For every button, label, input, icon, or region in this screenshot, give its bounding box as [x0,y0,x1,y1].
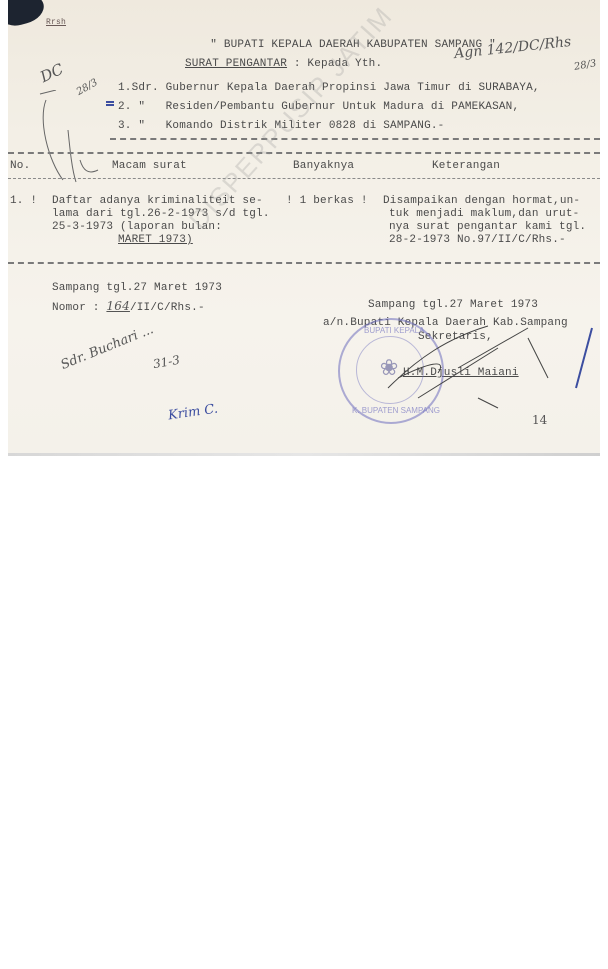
handwritten-note-date: 31-3 [152,353,181,371]
page-bottom-edge [8,453,600,456]
table-top-rule [8,152,600,154]
handwritten-initials: DC [37,60,66,86]
column-header-macam-surat: Macam surat [112,160,187,172]
left-place-date: Sampang tgl.27 Maret 1973 [52,282,222,294]
column-header-keterangan: Keterangan [432,160,500,172]
subject-label: SURAT PENGANTAR [185,58,287,70]
reference-number: Nomor : 164/II/C/Rhs.- [52,299,205,314]
handwritten-number: 164 [106,299,130,313]
column-header-banyaknya: Banyaknya [293,160,354,172]
table-bottom-rule [8,262,600,264]
cell-macam-surat: Daftar adanya kriminaliteit se- lama dar… [52,195,270,247]
document-page: Rrsh " BUPATI KEPALA DAERAH KABUPATEN SA… [8,0,600,455]
handwritten-reference-date: 28/3 [573,58,597,73]
handwritten-blue-note: Krim C. [167,402,219,424]
table-header-rule [8,178,600,179]
corner-label: Rrsh [46,18,66,27]
ink-stain [8,0,47,29]
cell-keterangan: Disampaikan dengan hormat,un- tuk menjad… [383,195,586,247]
handwritten-note: Sdr. Buchari ... [59,322,156,373]
signature-place-date: Sampang tgl.27 Maret 1973 [368,299,538,311]
cell-banyaknya: ! 1 berkas ! [286,195,368,207]
signature-scribble [378,318,600,418]
cell-no: 1. ! [10,195,37,207]
page-number: 14 [532,413,547,427]
column-header-no: No. [10,160,30,172]
divider [110,138,600,140]
